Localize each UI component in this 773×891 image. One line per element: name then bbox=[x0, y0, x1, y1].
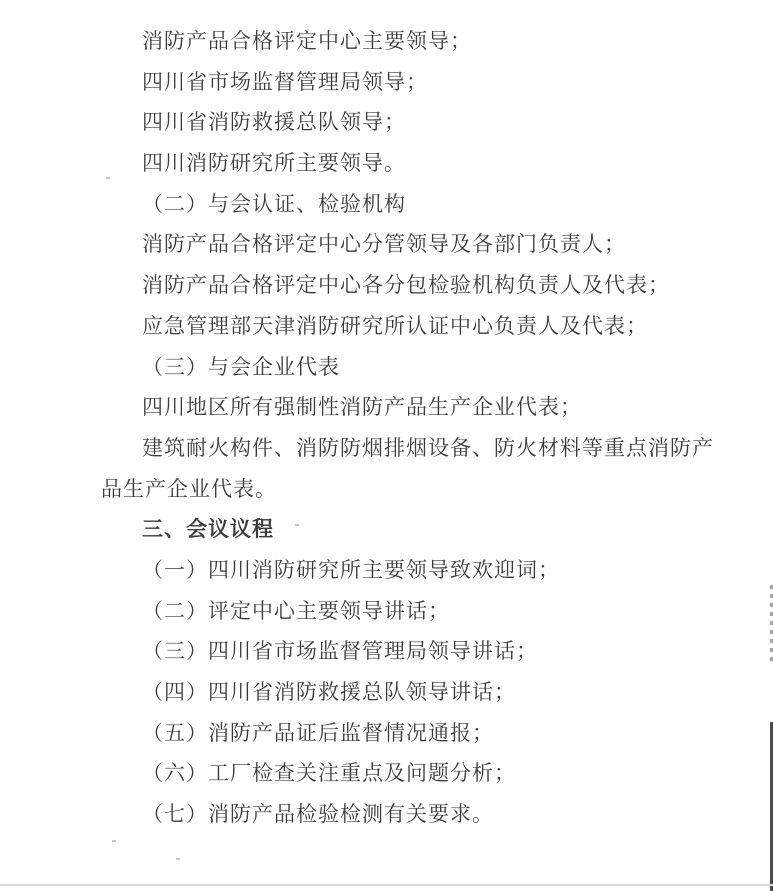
document-line: 四川消防研究所主要领导。 bbox=[101, 143, 721, 184]
scan-noise-speck bbox=[106, 177, 110, 179]
document-page: 消防产品合格评定中心主要领导；四川省市场监督管理局领导；四川省消防救援总队领导；… bbox=[0, 0, 773, 891]
document-line: （一）四川消防研究所主要领导致欢迎词； bbox=[101, 550, 721, 591]
document-line: （三）与会企业代表 bbox=[101, 347, 721, 388]
scan-bottom-edge-line bbox=[0, 884, 773, 886]
document-line: 品生产企业代表。 bbox=[101, 469, 721, 510]
document-line: （五）消防产品证后监督情况通报； bbox=[101, 713, 721, 754]
scan-noise-speck bbox=[112, 840, 116, 842]
scan-noise-speck bbox=[295, 524, 299, 526]
document-line: （六）工厂检查关注重点及问题分析； bbox=[101, 753, 721, 794]
document-line: （二）与会认证、检验机构 bbox=[101, 184, 721, 225]
document-line: 四川省市场监督管理局领导； bbox=[101, 62, 721, 103]
document-line: 建筑耐火构件、消防防烟排烟设备、防火材料等重点消防产 bbox=[101, 428, 721, 469]
document-line: （二）评定中心主要领导讲话； bbox=[101, 591, 721, 632]
document-line: （四）四川省消防救援总队领导讲话； bbox=[101, 672, 721, 713]
document-line: 消防产品合格评定中心主要领导； bbox=[101, 21, 721, 62]
document-line: 消防产品合格评定中心各分包检验机构负责人及代表； bbox=[101, 265, 721, 306]
document-line: 应急管理部天津消防研究所认证中心负责人及代表； bbox=[101, 306, 721, 347]
document-line: 四川省消防救援总队领导； bbox=[101, 102, 721, 143]
document-line: 消防产品合格评定中心分管领导及各部门负责人； bbox=[101, 224, 721, 265]
document-line: 四川地区所有强制性消防产品生产企业代表； bbox=[101, 387, 721, 428]
scan-noise-speck bbox=[176, 858, 180, 860]
document-line: （三）四川省市场监督管理局领导讲话； bbox=[101, 631, 721, 672]
document-line: （七）消防产品检验检测有关要求。 bbox=[101, 794, 721, 835]
document-text-block: 消防产品合格评定中心主要领导；四川省市场监督管理局领导；四川省消防救援总队领导；… bbox=[101, 21, 721, 835]
section-heading-line: 三、会议议程 bbox=[101, 509, 721, 550]
